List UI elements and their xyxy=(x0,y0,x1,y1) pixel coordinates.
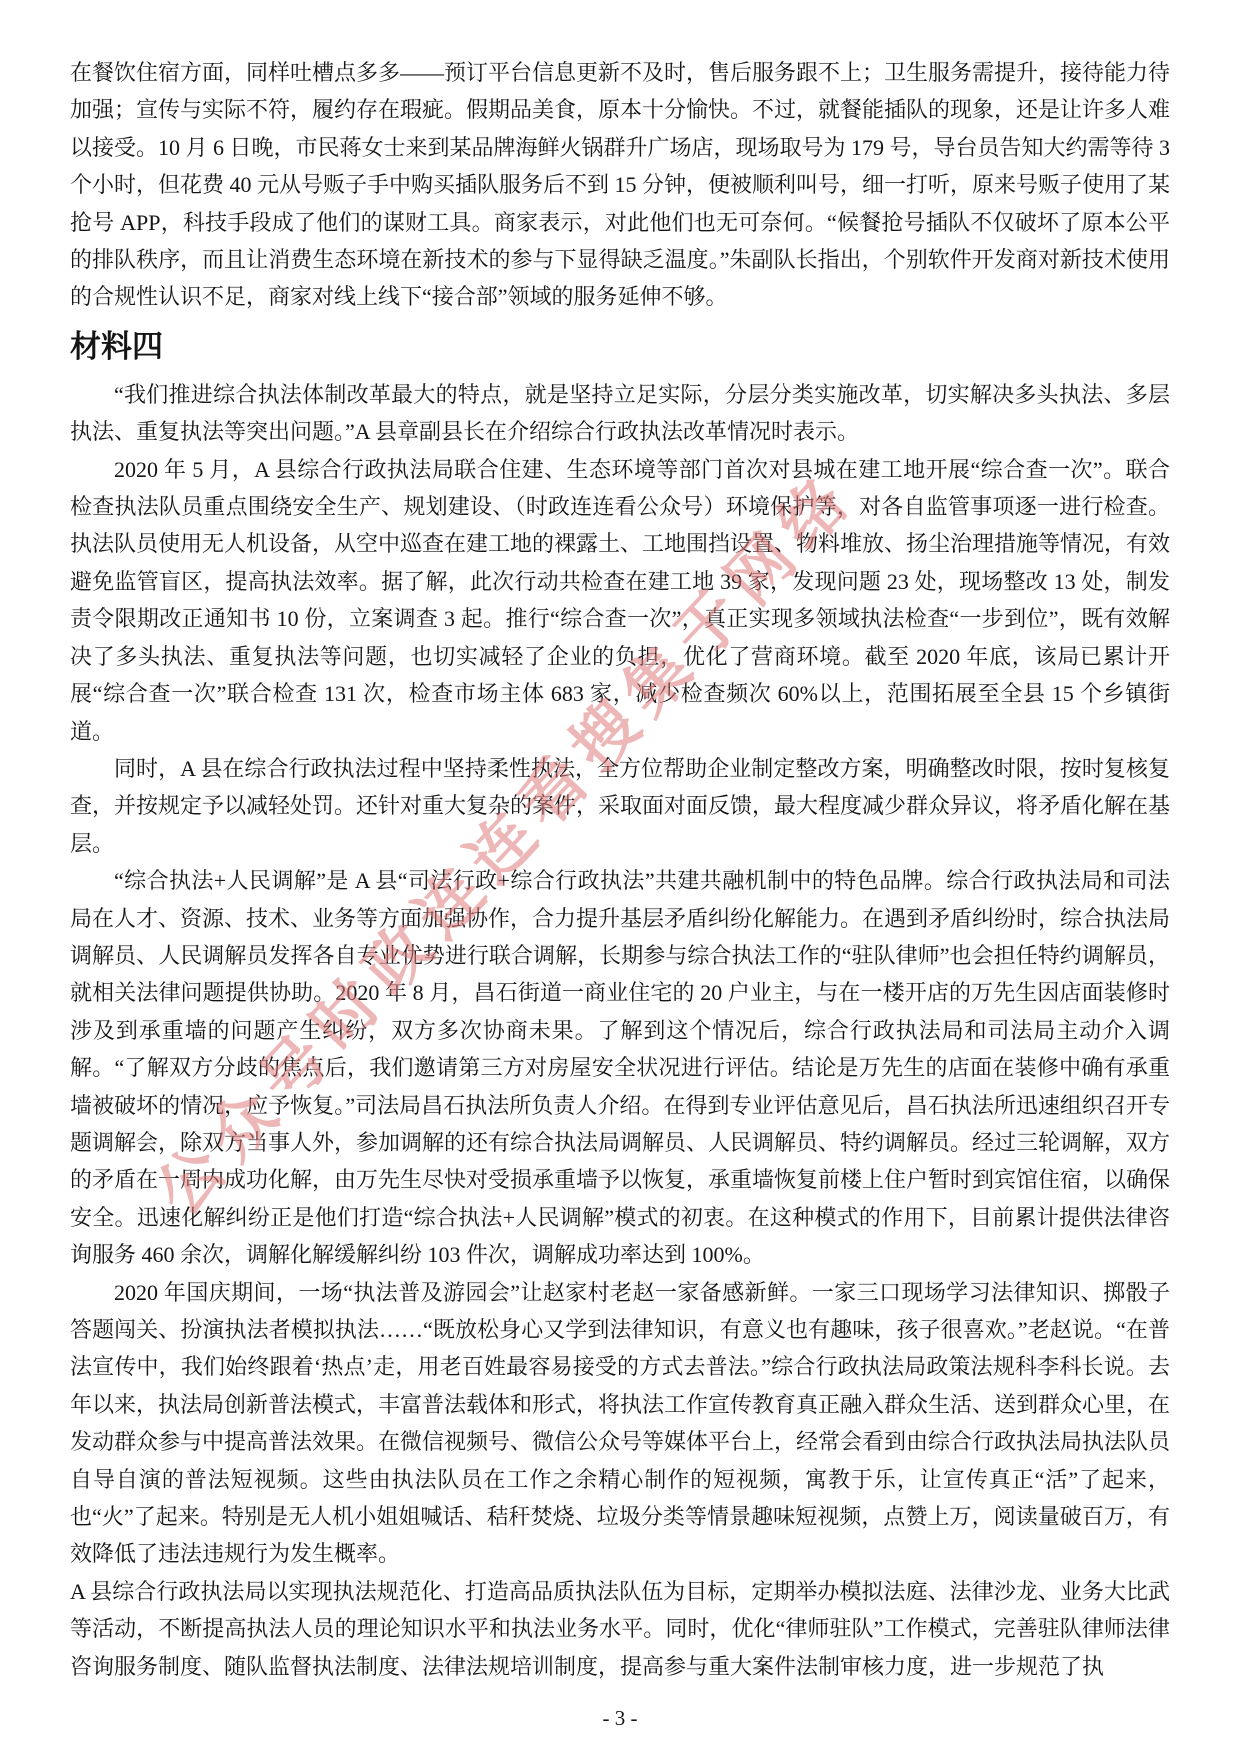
paragraph: 在餐饮住宿方面，同样吐槽点多多——预订平台信息更新不及时，售后服务跟不上；卫生服… xyxy=(70,54,1170,316)
paragraph: “综合执法+人民调解”是 A 县“司法行政+综合行政执法”共建共融机制中的特色品… xyxy=(70,862,1170,1273)
page-number: - 3 - xyxy=(0,1706,1240,1731)
section-heading: 材料四 xyxy=(70,326,1170,368)
document-page: 公众号时政连连看搜集于网络 在餐饮住宿方面，同样吐槽点多多——预订平台信息更新不… xyxy=(0,0,1240,1754)
paragraph: 2020 年 5 月，A 县综合行政执法局联合住建、生态环境等部门首次对县城在建… xyxy=(70,451,1170,750)
paragraph: A 县综合行政执法局以实现执法规范化、打造高品质执法队伍为目标，定期举办模拟法庭… xyxy=(70,1573,1170,1685)
paragraph: 2020 年国庆期间，一场“执法普及游园会”让赵家村老赵一家备感新鲜。一家三口现… xyxy=(70,1274,1170,1573)
paragraph: 同时，A 县在综合行政执法过程中坚持柔性执法，全方位帮助企业制定整改方案，明确整… xyxy=(70,750,1170,862)
document-content: 在餐饮住宿方面，同样吐槽点多多——预订平台信息更新不及时，售后服务跟不上；卫生服… xyxy=(70,54,1170,1685)
paragraph: “我们推进综合执法体制改革最大的特点，就是坚持立足实际，分层分类实施改革，切实解… xyxy=(70,376,1170,451)
